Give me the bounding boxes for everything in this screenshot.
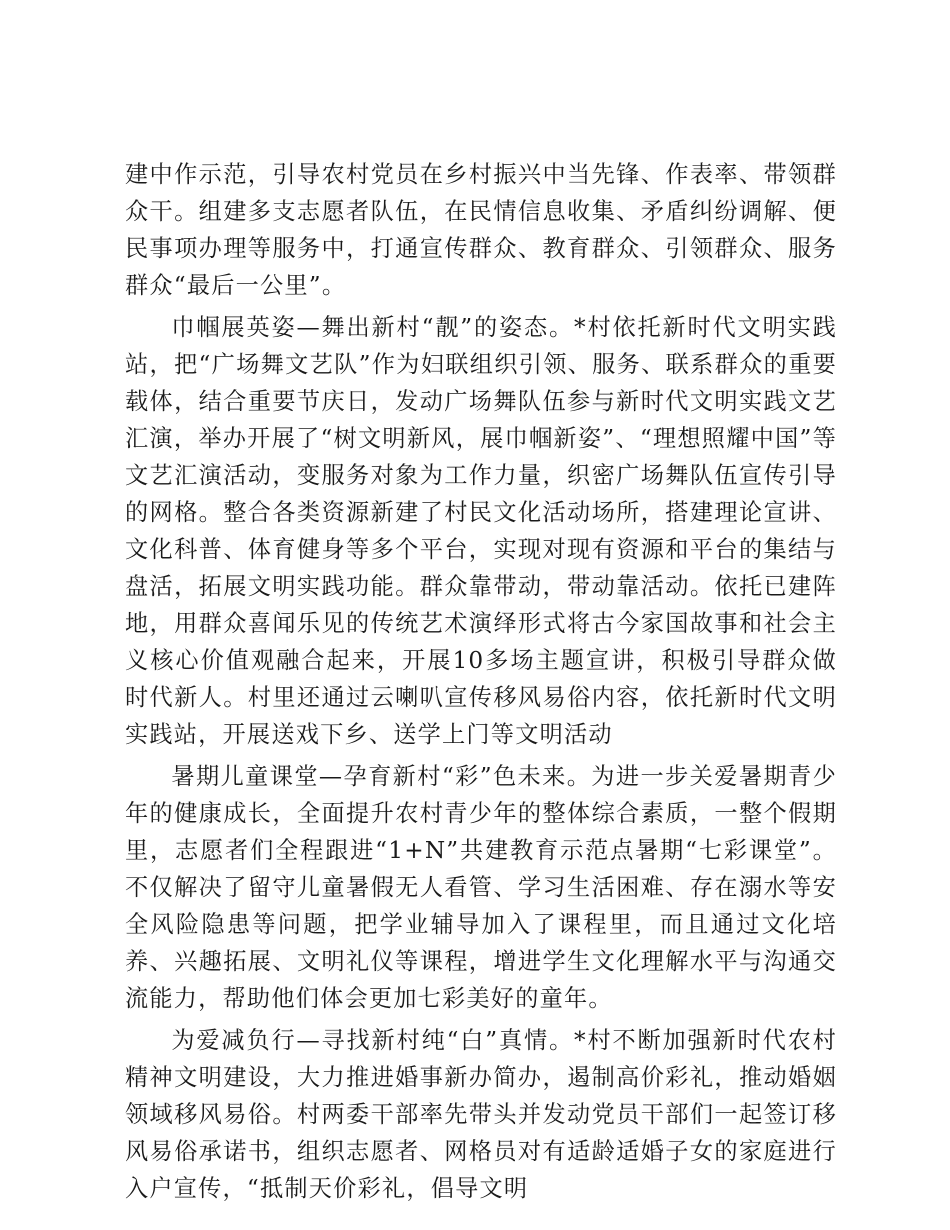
paragraph-marriage-customs-reform: 为爱减负行—寻找新村纯“白”真情。*村不断加强新时代农村精神文明建设，大力推进婚… xyxy=(125,1022,837,1207)
document-page: 建中作示范，引导农村党员在乡村振兴中当先锋、作表率、带领群众干。组建多支志愿者队… xyxy=(125,156,837,1212)
paragraph-summer-children-class: 暑期儿童课堂—孕育新村“彩”色未来。为进一步关爱暑期青少年的健康成长，全面提升农… xyxy=(125,758,837,1017)
paragraph-party-members-volunteers: 建中作示范，引导农村党员在乡村振兴中当先锋、作表率、带领群众干。组建多支志愿者队… xyxy=(125,156,837,304)
paragraph-square-dance-team: 巾帼展英姿—舞出新村“靓”的姿态。*村依托新时代文明实践站，把“广场舞文艺队”作… xyxy=(125,309,837,753)
